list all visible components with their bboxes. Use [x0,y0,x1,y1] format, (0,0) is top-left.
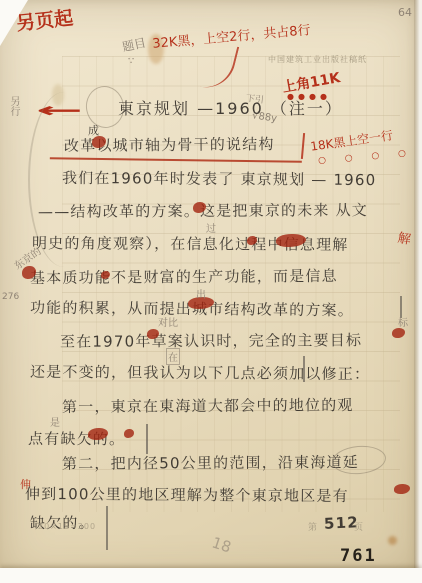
manuscript-title: 東京规划 —1960 （注一） [118,96,343,119]
manuscript-line: 第二，把内径50公里的范围，沿東海道延 [62,451,359,474]
scan-edge [414,0,422,583]
pencil-mark [106,506,108,550]
red-insert-shen: 伸 [20,476,31,492]
pencil-margin-note: 另行 [6,96,21,116]
scan-edge [0,568,422,583]
printed-grid-spec: 20×15=300 [38,522,96,531]
pencil-title-label: 题目 [120,34,147,56]
red-underline [50,131,302,163]
pencil-insert-zai: 在 [166,348,180,365]
ink-mark [146,424,148,454]
stamp-page-number: 761 [340,546,377,566]
pencil-margin-number: 276 [2,292,19,302]
pencil-bottom-note: 18 [210,533,234,556]
pencil-insert-duibi: 对比 [158,314,178,329]
manuscript-line: 我们在1960年时发表了 東京规划 — 1960 [62,167,377,190]
printed-publisher: 中国建筑工业出版社稿纸 [268,54,367,65]
manuscript-line: 至在1970年草案认识时，完全的主要目标 [60,329,362,352]
scan-corner [0,0,28,46]
printed-page-label-left: 第 [308,520,317,533]
pencil-title-label-dots: ∵ [128,56,134,67]
pencil-insert-chu: 出 [196,286,206,301]
pencil-mark [303,356,305,382]
manuscript-line: 伸到100公里的地区理解为整个東京地区是有 [25,483,349,506]
pencil-insert-shi: 是 [50,414,60,429]
printed-page-label-right: 页 [354,520,363,533]
manuscript-line: 基本质功能不是财富的生产功能，而是信息 [30,265,338,288]
red-ink-blot [394,484,410,494]
manuscript-line: 第一，東京在東海道大都会中的地位的观 [62,394,354,417]
red-insert-jie: 解 [396,227,412,248]
paper-stain [388,536,397,545]
manuscript-line: 点有缺欠的。 [28,428,125,450]
manuscript-scan-page: 另页起 64 题目 ∵ 32K黑，上空2行，共占8行 中国建筑工业出版社稿纸 下… [0,0,422,583]
manuscript-line: 还是不变的，但我认为以下几点必须加以修正： [30,361,370,384]
pencil-insert-biao: 标 [398,314,408,329]
pencil-corner-page-number: 64 [398,6,412,19]
red-ink-blot [392,328,405,338]
